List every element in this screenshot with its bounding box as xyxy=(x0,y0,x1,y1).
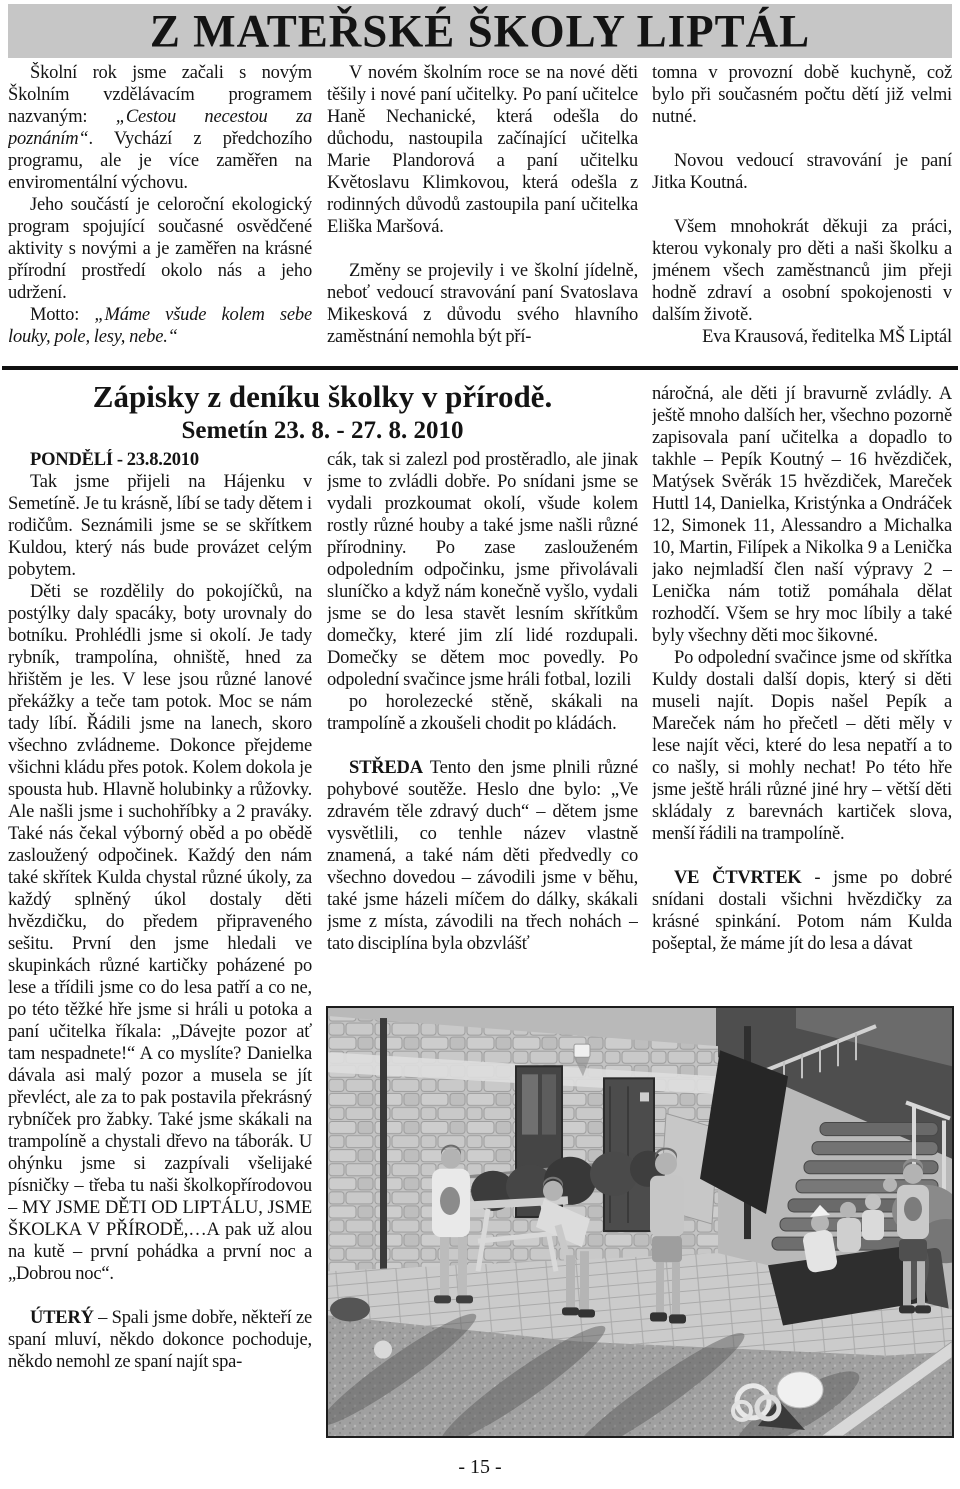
paragraph: Eva Krausová, ředitelka MŠ Liptál xyxy=(652,326,952,348)
paragraph: tomna v provozní době kuchyně, což bylo … xyxy=(652,62,952,128)
stones xyxy=(330,1297,370,1321)
paragraph: PONDĚLÍ - 23.8.2010 xyxy=(8,449,312,471)
drainpipe xyxy=(380,1018,387,1271)
intro-column-3: tomna v provozní době kuchyně, což bylo … xyxy=(652,62,952,370)
paragraph: STŘEDA Tento den jsme plnili různé pohyb… xyxy=(327,757,638,955)
intro-column-2: V novém školním roce se na nové děti těš… xyxy=(327,62,638,370)
paragraph: V novém školním roce se na nové děti těš… xyxy=(327,62,638,238)
diary-subheading: Semetín 23. 8. - 27. 8. 2010 xyxy=(0,417,645,445)
paragraph: VE ČTVRTEK - jsme po dobré snídani dosta… xyxy=(652,867,952,955)
paragraph: Tak jsme přijeli na Hájenku v Semetíně. … xyxy=(8,471,312,581)
paragraph: Všem mnohokrát děkuji za práci, kterou v… xyxy=(652,216,952,326)
paragraph: Děti se rozdělily do pokojíčků, na postý… xyxy=(8,581,312,1285)
section-divider xyxy=(2,366,958,370)
paragraph: ÚTERÝ – Spali jsme dobře, někteří ze spa… xyxy=(8,1307,312,1373)
paragraph: Školní rok jsme začali s novým Školním v… xyxy=(8,62,312,194)
paragraph: cák, tak si zalezl pod prostěradlo, ale … xyxy=(327,449,638,691)
diary-heading: Zápisky z deníku školky v přírodě. xyxy=(0,379,645,415)
paragraph: Po odpolední svačince jsme od skřítka Ku… xyxy=(652,647,952,845)
paragraph: po horolezecké stěně, skákali na trampol… xyxy=(327,691,638,735)
photo-children-outside xyxy=(326,1006,954,1438)
page-number: - 15 - xyxy=(0,1456,960,1479)
diary-column-3: náročná, ale děti jí bravurně zvládly. A… xyxy=(652,383,952,1001)
paragraph: Jeho součástí je celoroční ekologický pr… xyxy=(8,194,312,304)
diary-heading-block: Zápisky z deníku školky v přírodě. Semet… xyxy=(0,379,645,445)
intro-column-1: Školní rok jsme začali s novým Školním v… xyxy=(8,62,312,370)
diary-column-2: cák, tak si zalezl pod prostěradlo, ale … xyxy=(327,449,638,1003)
ball xyxy=(374,1341,392,1359)
paragraph: náročná, ale děti jí bravurně zvládly. A… xyxy=(652,383,952,647)
page-title: Z MATEŘSKÉ ŠKOLY LIPTÁL xyxy=(150,8,810,55)
paragraph: Motto: „Máme všude kolem sebe louky, pol… xyxy=(8,304,312,348)
photo-illustration xyxy=(328,1008,952,1436)
paragraph: Změny se projevily i ve školní jídelně, … xyxy=(327,260,638,348)
diary-column-1: PONDĚLÍ - 23.8.2010Tak jsme přijeli na H… xyxy=(8,449,312,1451)
newsletter-title-banner: Z MATEŘSKÉ ŠKOLY LIPTÁL xyxy=(8,4,952,58)
paragraph: Novou vedoucí stravování je paní Jitka K… xyxy=(652,150,952,194)
